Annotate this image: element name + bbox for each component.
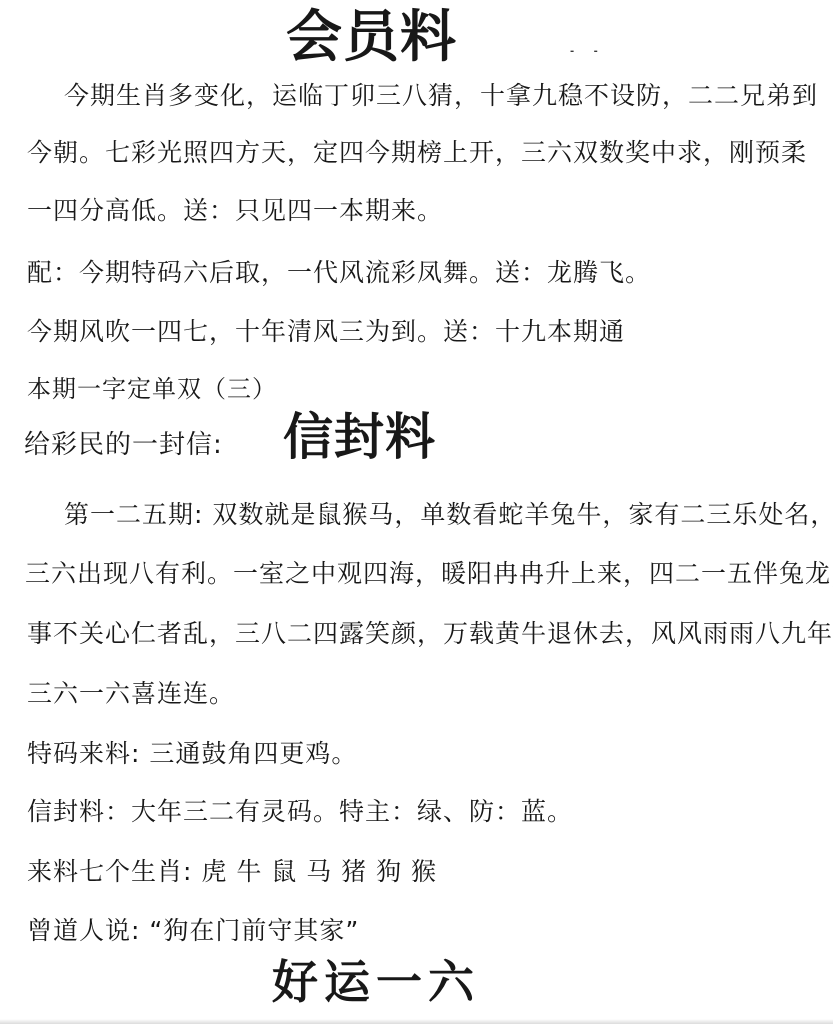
zodiac-list-line: 来料七个生肖: 虎 牛 鼠 马 猪 狗 猴 <box>27 858 437 887</box>
envelope-paragraph-line: 事不关心仁者乱，三八二四露笑颜，万载黄牛退休去，风风雨雨八九年， <box>27 620 833 649</box>
scanned-document-page: 会员料 - - 今期生肖多变化，运临丁卯三八猜，十拿九稳不设防，二二兄弟到 今朝… <box>0 0 833 1024</box>
envelope-paragraph-line: 三六出现八有利。一室之中观四海，暖阳冉冉升上来，四二一五伴兔龙， <box>25 560 833 589</box>
special-code-tip-line: 特码来料: 三通鼓角四更鸡。 <box>27 740 357 769</box>
page-title: 会员料 <box>286 6 457 70</box>
member-tip-line-danshuang: 本期一字定单双（三） <box>27 376 277 404</box>
envelope-paragraph-line: 三六一六喜连连。 <box>27 680 235 709</box>
envelope-code-color-line: 信封料：大年三二有灵码。特主：绿、防：蓝。 <box>27 798 573 827</box>
member-tip-line-pei: 配：今期特码六后取，一代风流彩凤舞。送：龙腾飞。 <box>27 259 651 288</box>
member-paragraph-line: 今朝。七彩光照四方天，定四今期榜上开，三六双数奖中求，刚预柔 <box>27 139 807 168</box>
zengdaoren-quote-line: 曾道人说: “狗在门前守其家” <box>27 917 359 946</box>
letter-intro-label: 给彩民的一封信: <box>24 431 223 461</box>
member-paragraph-line: 今期生肖多变化，运临丁卯三八猜，十拿九稳不设防，二二兄弟到 <box>64 82 818 111</box>
scan-artifact-marks: - - <box>570 46 606 58</box>
envelope-section-heading: 信封料 <box>283 409 436 467</box>
envelope-paragraph-line: 第一二五期: 双数就是鼠猴马，单数看蛇羊兔牛，家有二三乐处名， <box>64 501 833 530</box>
member-paragraph-line: 一四分高低。送：只见四一本期来。 <box>27 197 443 226</box>
member-tip-line-wind: 今期风吹一四七，十年清风三为到。送：十九本期通 <box>27 318 625 347</box>
scan-bottom-edge <box>0 1019 833 1024</box>
footer-heading: 好运一六 <box>272 956 480 1009</box>
